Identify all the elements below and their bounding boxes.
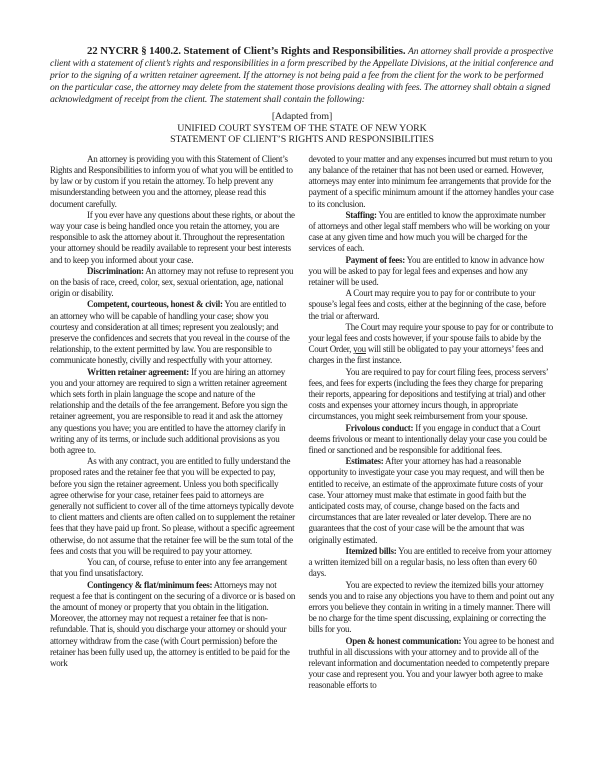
text-run: An attorney is providing you with this S… bbox=[50, 154, 293, 209]
text-run: Contingency & flat/minimum fees: bbox=[87, 580, 212, 590]
paragraph: Discrimination: An attorney may not refu… bbox=[50, 266, 296, 300]
text-run: You can, of course, refuse to enter into… bbox=[50, 557, 287, 578]
adapted-from-line: [Adapted from] bbox=[50, 111, 554, 123]
text-run: Attorneys may not request a fee that is … bbox=[50, 580, 295, 668]
text-run: You are entitled to know in advance how … bbox=[309, 255, 545, 287]
text-run: After your attorney has had a reasonable… bbox=[309, 456, 544, 544]
text-run: devoted to your matter and any expenses … bbox=[309, 154, 554, 209]
text-run: Open & honest communication: bbox=[346, 636, 462, 646]
document-page: 22 NYCRR § 1400.2. Statement of Client’s… bbox=[0, 0, 600, 776]
paragraph: You can, of course, refuse to enter into… bbox=[50, 557, 296, 579]
paragraph: devoted to your matter and any expenses … bbox=[309, 154, 555, 210]
paragraph: You are expected to review the itemized … bbox=[309, 580, 555, 636]
paragraph: Payment of fees: You are entitled to kno… bbox=[309, 255, 555, 289]
text-run: Written retainer agreement: bbox=[87, 367, 189, 377]
text-run: You are required to pay for court filing… bbox=[309, 367, 548, 422]
two-column-body: An attorney is providing you with this S… bbox=[50, 154, 554, 692]
paragraph: The Court may require your spouse to pay… bbox=[309, 322, 555, 367]
text-run: 22 NYCRR § 1400.2. Statement of Client’s… bbox=[87, 45, 408, 57]
right-column: devoted to your matter and any expenses … bbox=[309, 154, 555, 692]
text-run: You are expected to review the itemized … bbox=[309, 580, 554, 635]
court-system-title-line: UNIFIED COURT SYSTEM OF THE STATE OF NEW… bbox=[50, 123, 554, 135]
paragraph: Written retainer agreement: If you are h… bbox=[50, 367, 296, 457]
text-run: A Court may require you to pay for or co… bbox=[309, 288, 546, 320]
paragraph: An attorney is providing you with this S… bbox=[50, 154, 296, 210]
text-run: As with any contract, you are entitled t… bbox=[50, 456, 295, 556]
paragraph: As with any contract, you are entitled t… bbox=[50, 456, 296, 557]
text-run: Frivolous conduct: bbox=[346, 423, 414, 433]
text-run: Payment of fees: bbox=[346, 255, 405, 265]
text-run: Estimates: bbox=[346, 456, 384, 466]
text-run: Discrimination: bbox=[87, 266, 144, 276]
text-run: If you are hiring an attorney you and yo… bbox=[50, 367, 287, 455]
text-run: Competent, courteous, honest & civil: bbox=[87, 299, 223, 309]
paragraph: Contingency & flat/minimum fees: Attorne… bbox=[50, 580, 296, 670]
paragraph: Itemized bills: You are entitled to rece… bbox=[309, 546, 555, 580]
text-run: Itemized bills: bbox=[346, 546, 397, 556]
paragraph: Competent, courteous, honest & civil: Yo… bbox=[50, 299, 296, 366]
statute-header: 22 NYCRR § 1400.2. Statement of Client’s… bbox=[50, 45, 554, 106]
statement-title-line: STATEMENT OF CLIENT’S RIGHTS AND RESPONS… bbox=[50, 134, 554, 146]
paragraph: Staffing: You are entitled to know the a… bbox=[309, 210, 555, 255]
paragraph: Open & honest communication: You agree t… bbox=[309, 636, 555, 692]
paragraph: If you ever have any questions about the… bbox=[50, 210, 296, 266]
paragraph: Frivolous conduct: If you engage in cond… bbox=[309, 423, 555, 457]
text-run: Staffing: bbox=[346, 210, 377, 220]
left-column: An attorney is providing you with this S… bbox=[50, 154, 296, 692]
text-run: If you engage in conduct that a Court de… bbox=[309, 423, 547, 455]
paragraph: Estimates: After your attorney has had a… bbox=[309, 456, 555, 546]
text-run: If you ever have any questions about the… bbox=[50, 210, 295, 265]
paragraph: You are required to pay for court filing… bbox=[309, 367, 555, 423]
paragraph: A Court may require you to pay for or co… bbox=[309, 288, 555, 322]
text-run: you bbox=[353, 344, 366, 354]
title-block: [Adapted from] UNIFIED COURT SYSTEM OF T… bbox=[50, 111, 554, 146]
